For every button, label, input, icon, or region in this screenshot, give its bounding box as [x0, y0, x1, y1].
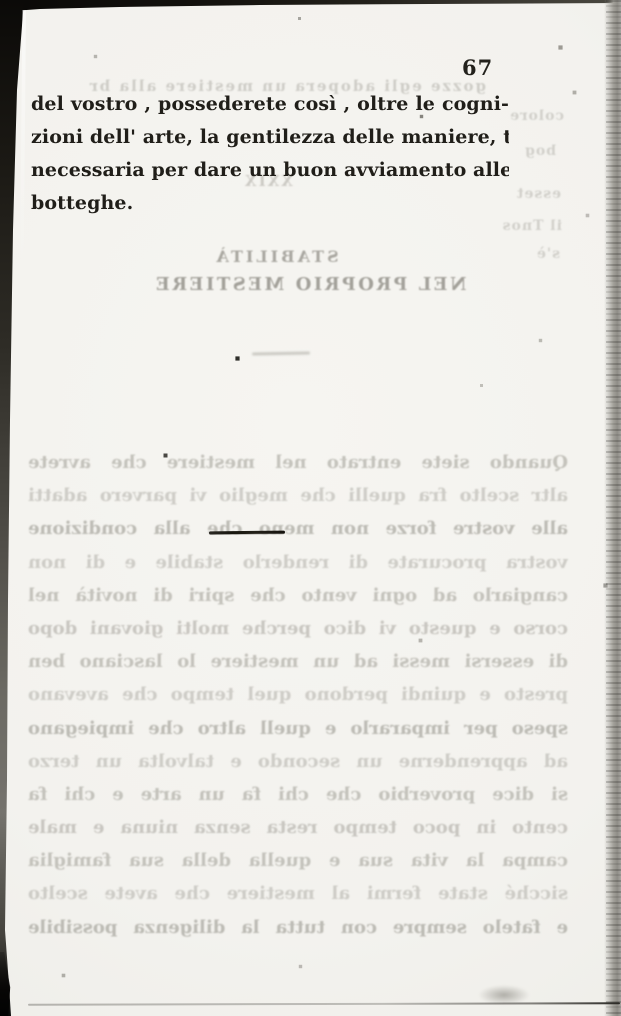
bleedthrough-line: presto e quindi perdono quel tempo che a…: [28, 678, 568, 711]
paragraph-line: zioni dell' arte, la gentilezza delle ma…: [31, 121, 509, 154]
bleedthrough-line: cento in poco tempo resta senza niuna e …: [28, 811, 568, 844]
bleedthrough-line: alle vostre forze non meno che alla cond…: [28, 512, 568, 545]
paragraph-line: botteghe.: [31, 187, 509, 220]
page-number: 67: [462, 55, 502, 80]
scan-edge-right-texture: [606, 0, 621, 1016]
bleedthrough-line: sicché state fermi al mestiere che avete…: [28, 877, 568, 910]
bleedthrough-margin-fragment: s'è: [520, 246, 560, 262]
paragraph-line: necessaria per dare un buon avviamento a…: [31, 154, 509, 187]
body-paragraph: del vostro , possederete così , oltre le…: [31, 88, 509, 220]
bleedthrough-heading-line1: STABILITÀ: [197, 247, 355, 266]
scanned-page: gozze egli adopera un mestiere alla brac…: [0, 0, 621, 1016]
paragraph-line: del vostro , possederete così , oltre le…: [31, 88, 509, 121]
bleedthrough-line: e fatelo sempre con tutta la diligenza p…: [28, 911, 568, 944]
bleedthrough-line: si dice proverbio che chi fa un arte e c…: [28, 778, 568, 811]
bleedthrough-line: Quando siete entrato nel mestiere che av…: [28, 446, 568, 479]
bleedthrough-line: di essersi messi ad un mestiere lo lasci…: [28, 645, 568, 678]
bleedthrough-line: speso per impararlo e quell altro che im…: [28, 712, 568, 745]
bleedthrough-line: campa la vita sua e quella della sua fam…: [28, 844, 568, 877]
bleedthrough-line: vostra procurate di renderlo stabile e d…: [28, 546, 568, 579]
scan-edge-left-highlight: [20, 10, 26, 270]
bleedthrough-line: corso e questo vi dico perche molti giov…: [28, 612, 568, 645]
scan-edge-bottom-line: [28, 1002, 620, 1006]
bleedthrough-line: ad apprenderne un secondo e talvolta un …: [28, 745, 568, 778]
scan-smudge-bottom: [478, 985, 530, 1005]
bleedthrough-dash-mark: [252, 351, 310, 355]
bleedthrough-line: cangiarlo ad ogni vento che spiri di nov…: [28, 579, 568, 612]
bleedthrough-heading-line2: NEL PROPRIO MESTIERE: [150, 274, 470, 295]
bleedthrough-margin-fragment: il Tnos: [462, 218, 562, 234]
bleedthrough-line: altr scelto fra quelli che meglio vi par…: [28, 479, 568, 512]
bleedthrough-body-text: Quando siete entrato nel mestiere che av…: [28, 446, 568, 944]
scan-edge-top: [0, 0, 621, 12]
